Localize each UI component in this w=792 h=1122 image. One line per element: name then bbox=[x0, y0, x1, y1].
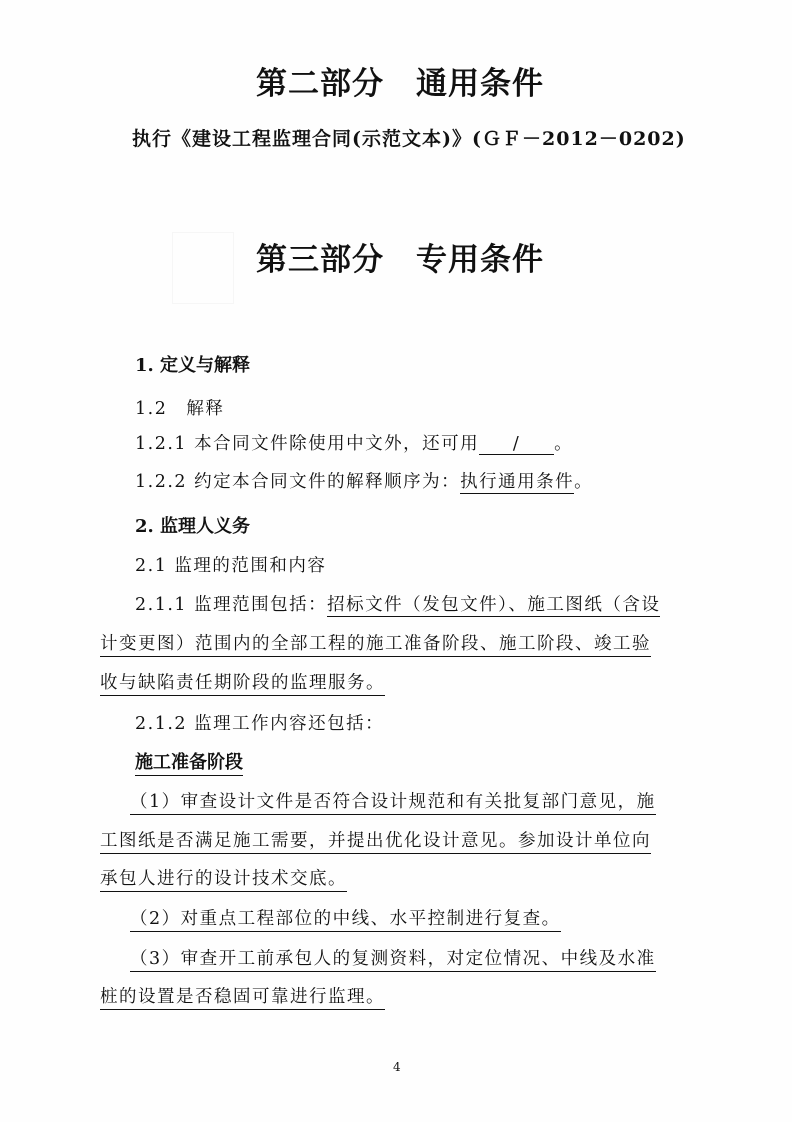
item-1-line2: 工图纸是否满足施工需要，并提出优化设计意见。参加设计单位向 bbox=[100, 827, 651, 854]
part2-title: 第二部分 通用条件 bbox=[256, 58, 544, 103]
item-3-line1: （3）审查开工前承包人的复测资料，对定位情况、中线及水准 bbox=[130, 945, 656, 972]
clause-1-2-1: 1.2.1 本合同文件除使用中文外，还可用/。 bbox=[135, 430, 573, 455]
part2-subtitle: 执行《建设工程监理合同(示范文本)》(ＧＦ－2012－0202) bbox=[132, 124, 686, 151]
item-1-line3: 承包人进行的设计技术交底。 bbox=[100, 865, 347, 892]
document-page: 第二部分 通用条件 执行《建设工程监理合同(示范文本)》(ＧＦ－2012－020… bbox=[0, 0, 792, 1122]
clause-2-1-1-value-line2: 计变更图）范围内的全部工程的施工准备阶段、施工阶段、竣工验 bbox=[100, 630, 651, 657]
clause-2-1-1-prefix: 2.1.1 监理范围包括： bbox=[135, 595, 327, 615]
item-2-line1: （2）对重点工程部位的中线、水平控制进行复查。 bbox=[130, 905, 561, 932]
section-1-heading: 1. 定义与解释 bbox=[135, 351, 250, 377]
interpretation-order-value: 执行通用条件 bbox=[460, 472, 574, 494]
section-1-2-heading: 1.2 解释 bbox=[135, 395, 224, 420]
section-2-heading: 2. 监理人义务 bbox=[135, 512, 250, 538]
clause-1-2-1-suffix: 。 bbox=[554, 434, 573, 454]
stage-heading-preparation: 施工准备阶段 bbox=[135, 748, 243, 776]
item-3-line2: 桩的设置是否稳固可靠进行监理。 bbox=[100, 983, 385, 1010]
faded-stamp-mark bbox=[172, 232, 234, 304]
section-2-1-heading: 2.1 监理的范围和内容 bbox=[135, 552, 326, 577]
clause-2-1-2-heading: 2.1.2 监理工作内容还包括： bbox=[135, 710, 384, 735]
page-number: 4 bbox=[393, 1060, 401, 1074]
item-1-line1: （1）审查设计文件是否符合设计规范和有关批复部门意见，施 bbox=[130, 788, 656, 815]
clause-2-1-1-value-line3: 收与缺陷责任期阶段的监理服务。 bbox=[100, 669, 385, 696]
language-blank: / bbox=[479, 434, 554, 455]
clause-1-2-1-text: 1.2.1 本合同文件除使用中文外，还可用 bbox=[135, 434, 479, 454]
clause-2-1-1-value-line1: 招标文件（发包文件）、施工图纸（含设 bbox=[327, 595, 660, 617]
clause-1-2-2: 1.2.2 约定本合同文件的解释顺序为：执行通用条件。 bbox=[135, 468, 593, 493]
part3-title: 第三部分 专用条件 bbox=[256, 234, 544, 279]
clause-1-2-2-text: 1.2.2 约定本合同文件的解释顺序为： bbox=[135, 472, 460, 492]
clause-1-2-2-suffix: 。 bbox=[574, 472, 593, 492]
clause-2-1-1-line1: 2.1.1 监理范围包括：招标文件（发包文件）、施工图纸（含设 bbox=[135, 591, 660, 616]
